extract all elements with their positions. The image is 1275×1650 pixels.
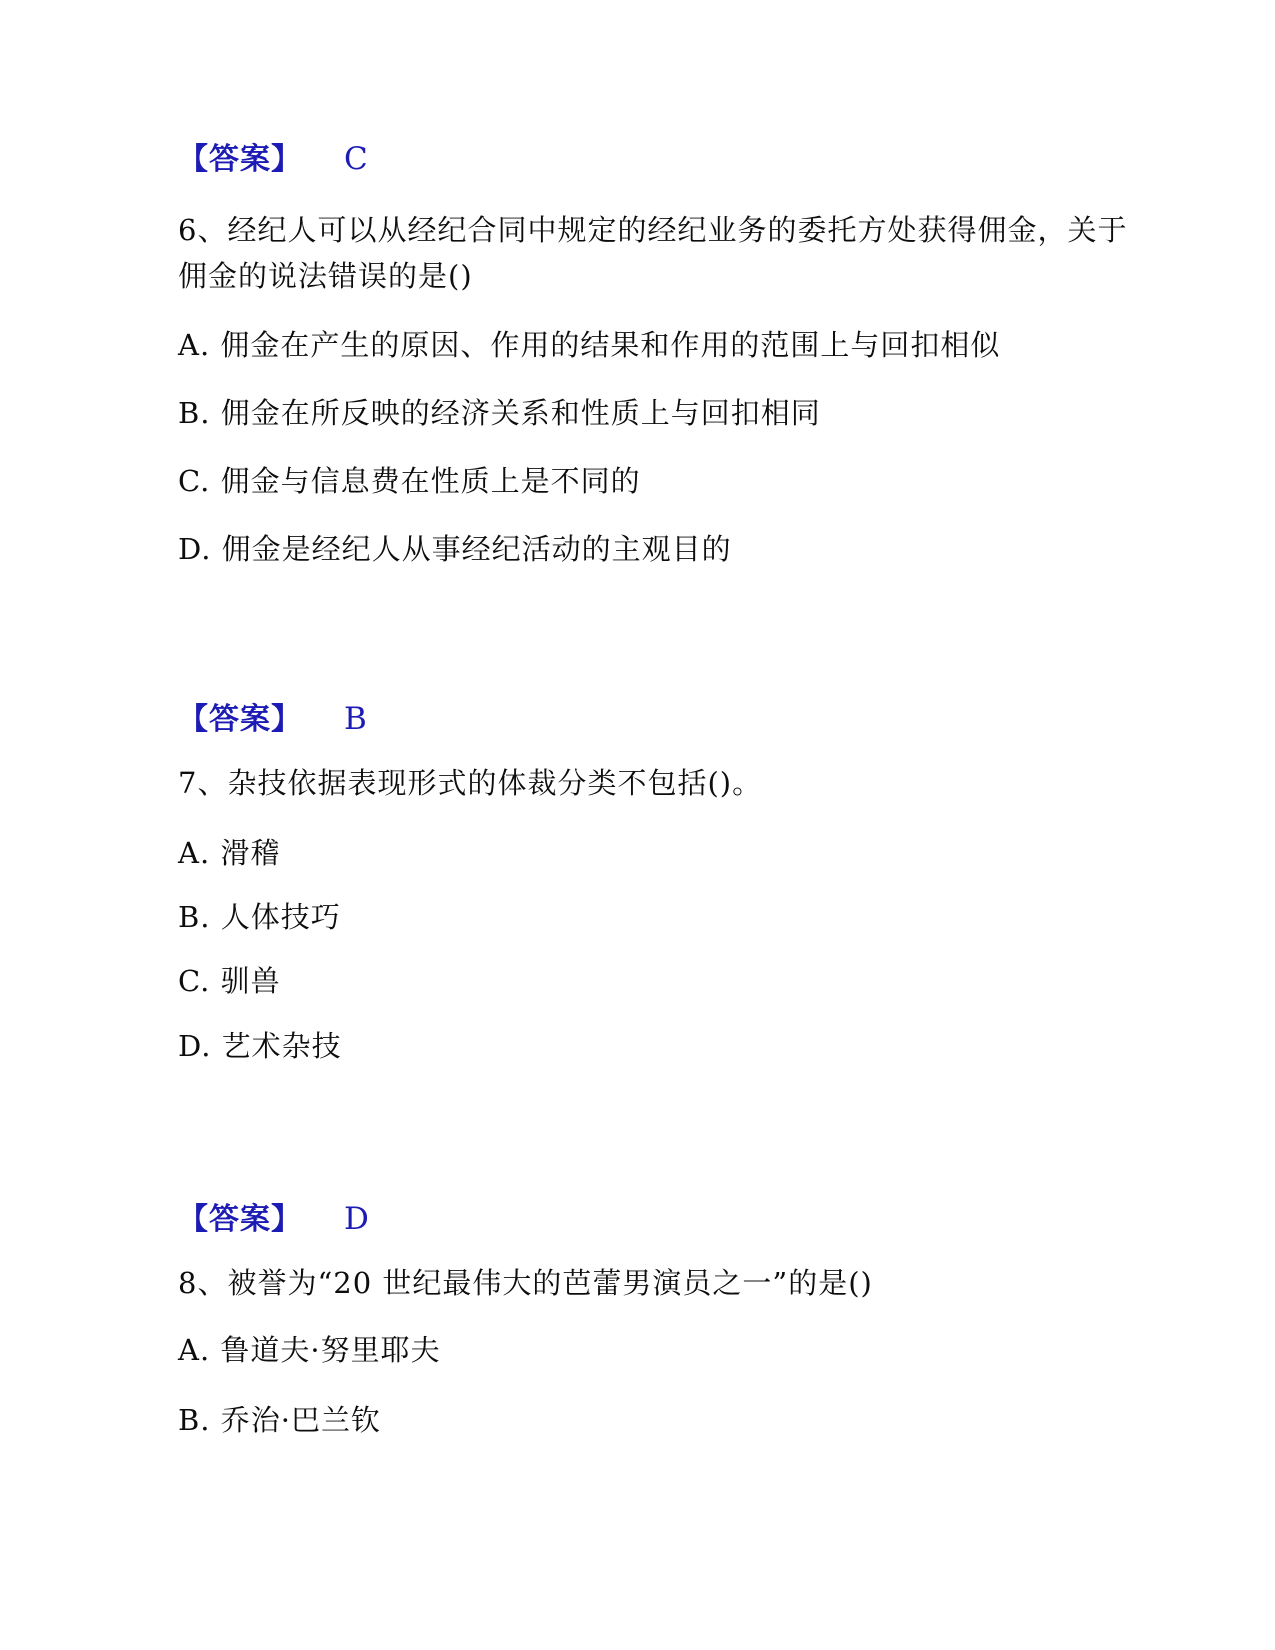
question-8-stem-line-1: 8、被誉为“20 世纪最伟大的芭蕾男演员之一”的是(): [178, 1263, 873, 1303]
question-7-option-b: B. 人体技巧: [178, 897, 341, 937]
question-6-option-c: C. 佣金与信息费在性质上是不同的: [178, 461, 641, 501]
answer-letter: C: [344, 141, 368, 177]
answer-label: 【答案】: [178, 142, 302, 177]
question-6-option-b: B. 佣金在所反映的经济关系和性质上与回扣相同: [178, 393, 821, 433]
answer-row-1: 【答案】C: [178, 138, 368, 181]
question-6-option-a: A. 佣金在产生的原因、作用的结果和作用的范围上与回扣相似: [178, 325, 1000, 365]
question-6-option-d: D. 佣金是经纪人从事经纪活动的主观目的: [178, 529, 732, 569]
question-7-stem-line-1: 7、杂技依据表现形式的体裁分类不包括()。: [178, 763, 762, 803]
question-7-option-c: C. 驯兽: [178, 961, 281, 1001]
exam-document-page: 【答案】C 6、经纪人可以从经纪合同中规定的经纪业务的委托方处获得佣金，关于 佣…: [0, 0, 1275, 1650]
question-7-option-a: A. 滑稽: [178, 833, 280, 873]
answer-label: 【答案】: [178, 702, 302, 737]
question-6-stem-line-2: 佣金的说法错误的是(): [178, 256, 473, 296]
answer-label: 【答案】: [178, 1202, 302, 1237]
question-7-option-d: D. 艺术杂技: [178, 1026, 342, 1066]
question-8-option-b: B. 乔治·巴兰钦: [178, 1400, 381, 1440]
answer-row-3: 【答案】D: [178, 1198, 369, 1241]
question-6-stem-line-1: 6、经纪人可以从经纪合同中规定的经纪业务的委托方处获得佣金，关于: [178, 210, 1127, 250]
answer-letter: D: [344, 1201, 369, 1237]
answer-row-2: 【答案】B: [178, 698, 367, 741]
question-8-option-a: A. 鲁道夫·努里耶夫: [178, 1330, 441, 1370]
answer-letter: B: [344, 701, 367, 737]
